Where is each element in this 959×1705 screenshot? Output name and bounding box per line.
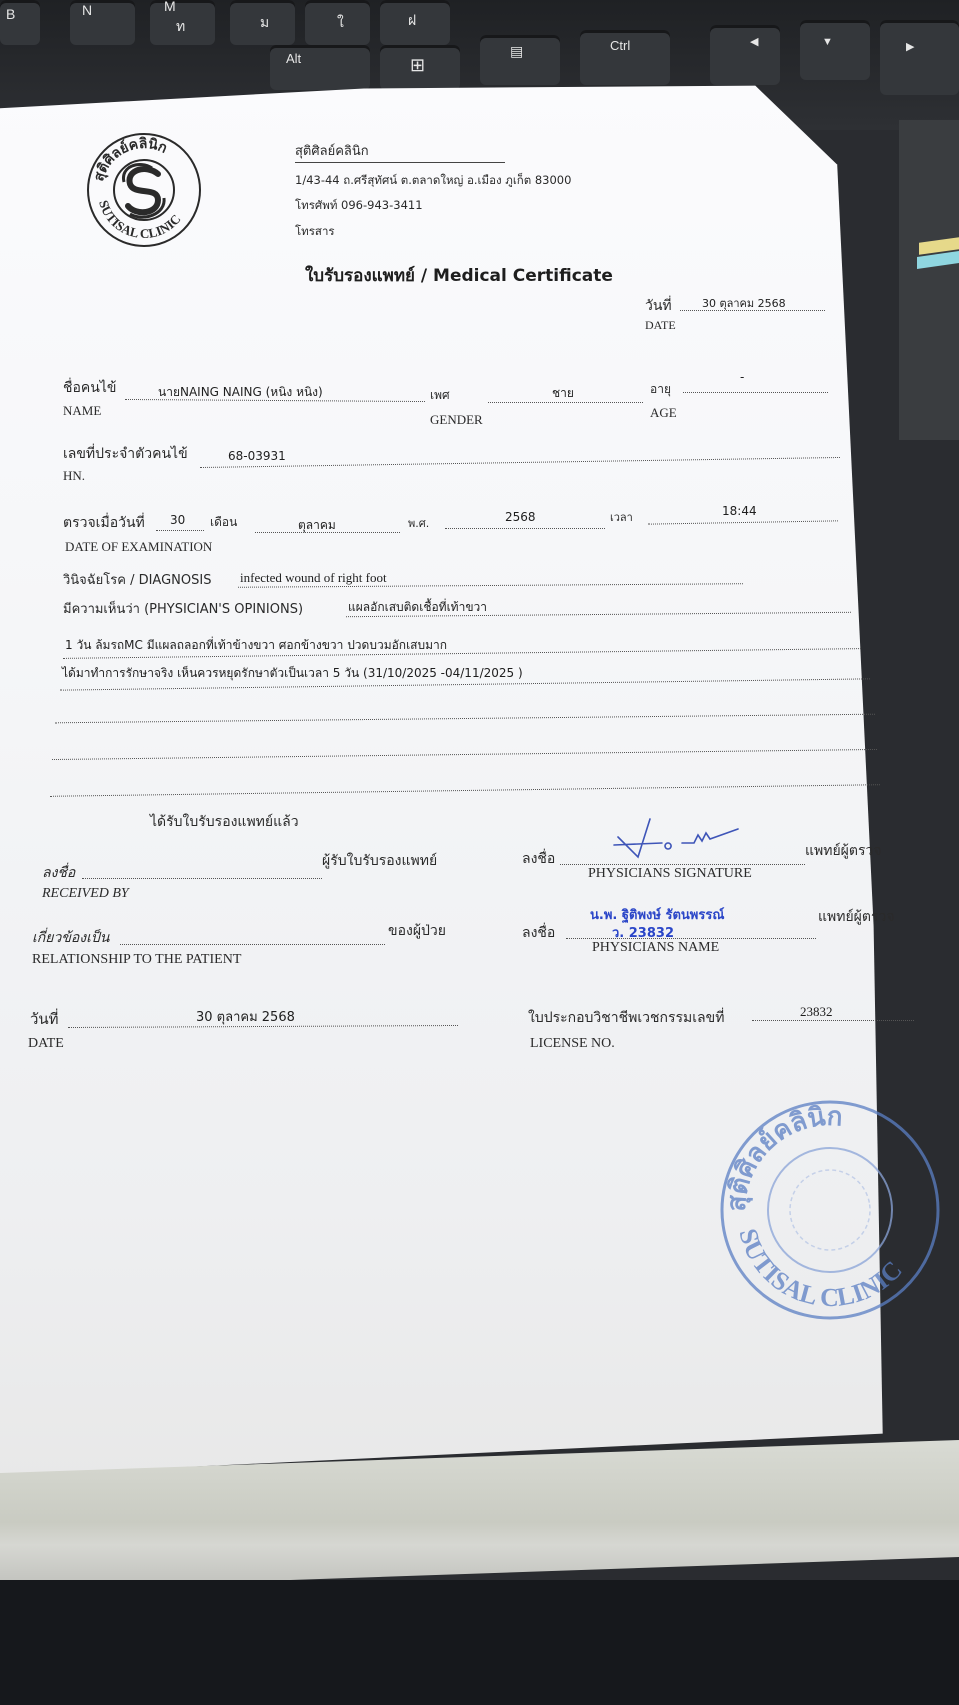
exam-time-value: 18:44 [722,504,757,518]
key-comma: ม [230,0,295,45]
name-label: ชื่อคนไข้ [63,377,116,399]
exam-date-label-en: DATE OF EXAMINATION [65,539,212,555]
diagnosis-value: infected wound of right foot [240,570,387,586]
hn-value: 68-03931 [228,449,286,463]
relationship-label: เกี่ยวข้องเป็น [32,927,109,949]
hn-label-en: HN. [63,468,85,484]
clinic-phone: โทรศัพท์ 096-943-3411 [295,197,423,215]
license-label-en: LICENSE NO. [530,1036,615,1052]
physician-sign-label: ลงชื่อ [522,848,555,870]
receiver-signature-field[interactable] [82,878,322,879]
receipt-date-label: วันที่ [30,1007,59,1031]
physician-signature-field[interactable] [560,864,805,865]
key-b: B [0,0,40,45]
hn-label: เลขที่ประจำตัวคนไข้ [63,443,188,465]
receiver-sign-label: ลงชื่อ [42,862,75,884]
key-alt: Alt [270,45,370,90]
exam-day-value: 30 [170,513,185,527]
age-label-en: AGE [650,405,677,421]
svg-text:สุติศิลย์คลินิก: สุติศิลย์คลินิก [709,1099,857,1217]
exam-date-label: ตรวจเมื่อวันที่ [63,512,145,534]
opinion-line-2-text: 1 วัน ล้มรถMC มีแผลถลอกที่เท้าข้างขวา ศอ… [65,636,447,655]
dark-surface [0,1580,959,1705]
date-value: 30 ตุลาคม 2568 [702,294,786,312]
clinic-fax: โทรสาร [295,223,335,241]
key-arrow-left: ◀ [710,25,780,85]
clinic-stamp: สุติศิลย์คลินิก SUTISAL CLINIC [700,1080,959,1340]
license-line [752,1020,914,1021]
age-value: - [740,370,744,384]
receipt-heading: ได้รับใบรับรองแพทย์แล้ว [150,811,299,833]
license-label: ใบประกอบวิชาชีพเวชกรรมเลขที่ [528,1007,724,1029]
month-label: เดือน [210,513,237,532]
key-n: N [70,0,135,45]
diagnosis-label: วินิจฉัยโรค / DIAGNOSIS [63,569,211,590]
name-label-en: NAME [63,403,101,419]
key-arrow-right: ▶ [880,20,959,95]
gender-value: ชาย [552,384,574,403]
year-label: พ.ศ. [408,514,429,532]
receipt-date-label-en: DATE [28,1036,64,1052]
arrow-down-icon: ▼ [822,36,833,48]
receiver-suffix: ผู้รับใบรับรองแพทย์ [322,850,437,872]
opinion-line-3-text: ได้มาทำการรักษาจริง เห็นควรหยุดรักษาตัวเ… [62,664,523,683]
menu-icon: ▤ [510,43,523,60]
key-windows: ⊞ [380,45,460,90]
physician-name-suffix: แพทย์ผู้ตรวจ [818,906,895,928]
key-m: Mท [150,0,215,45]
receipt-date-value: 30 ตุลาคม 2568 [196,1006,295,1027]
patient-name-value: นายNAING NAING (หนิง หนิง) [158,383,323,402]
key-ctrl: Ctrl [580,30,670,85]
arrow-right-icon: ▶ [906,40,914,53]
gender-label-en: GENDER [430,412,483,428]
relationship-field[interactable] [120,944,385,945]
opinion-line-1-text: แผลอักเสบติดเชื้อที่เท้าขวา [348,598,487,617]
exam-year-value: 2568 [505,510,536,524]
opinion-label: มีความเห็นว่า (PHYSICIAN'S OPINIONS) [63,598,303,619]
age-label: อายุ [650,380,671,399]
exam-month-value: ตุลาคม [298,516,336,535]
key-period: ใ [305,0,370,45]
exam-year-line [445,528,605,529]
divider [295,162,505,163]
date-label: วันที่ [645,295,672,317]
received-by-label: RECEIVED BY [42,886,129,902]
windows-icon: ⊞ [410,55,425,76]
relationship-suffix: ของผู้ป่วย [388,920,446,942]
physician-name-sign-label: ลงชื่อ [522,922,555,944]
document-title: ใบรับรองแพทย์ / Medical Certificate [305,262,613,289]
physician-signature-label: PHYSICIANS SIGNATURE [588,866,752,882]
physician-suffix: แพทย์ผู้ตรวจ [805,840,882,862]
clinic-name: สุติศิลย์คลินิก [295,140,369,161]
physician-name-label: PHYSICIANS NAME [592,940,719,956]
license-value: 23832 [800,1004,833,1020]
exam-day-line [156,530,204,531]
physician-signature [610,815,760,865]
relationship-label-en: RELATIONSHIP TO THE PATIENT [32,952,241,968]
date-label-en: DATE [645,318,676,333]
key-menu: ▤ [480,35,560,85]
key-slash: ฝ [380,0,450,45]
clinic-address: 1/43-44 ถ.ศรีสุทัศน์ ต.ตลาดใหญ่ อ.เมือง … [295,172,571,190]
arrow-left-icon: ◀ [750,35,758,48]
clinic-logo-icon: สุติศิลย์คลินิก SUTISAL CLINIC [84,130,204,250]
physician-name-line [566,938,816,939]
svg-text:SUTISAL CLINIC: SUTISAL CLINIC [733,1206,912,1325]
gender-label: เพศ [430,386,450,405]
desk-edge [899,120,959,440]
key-arrow-down: ▼ [800,20,870,80]
time-label: เวลา [610,508,633,526]
age-line [683,392,828,393]
